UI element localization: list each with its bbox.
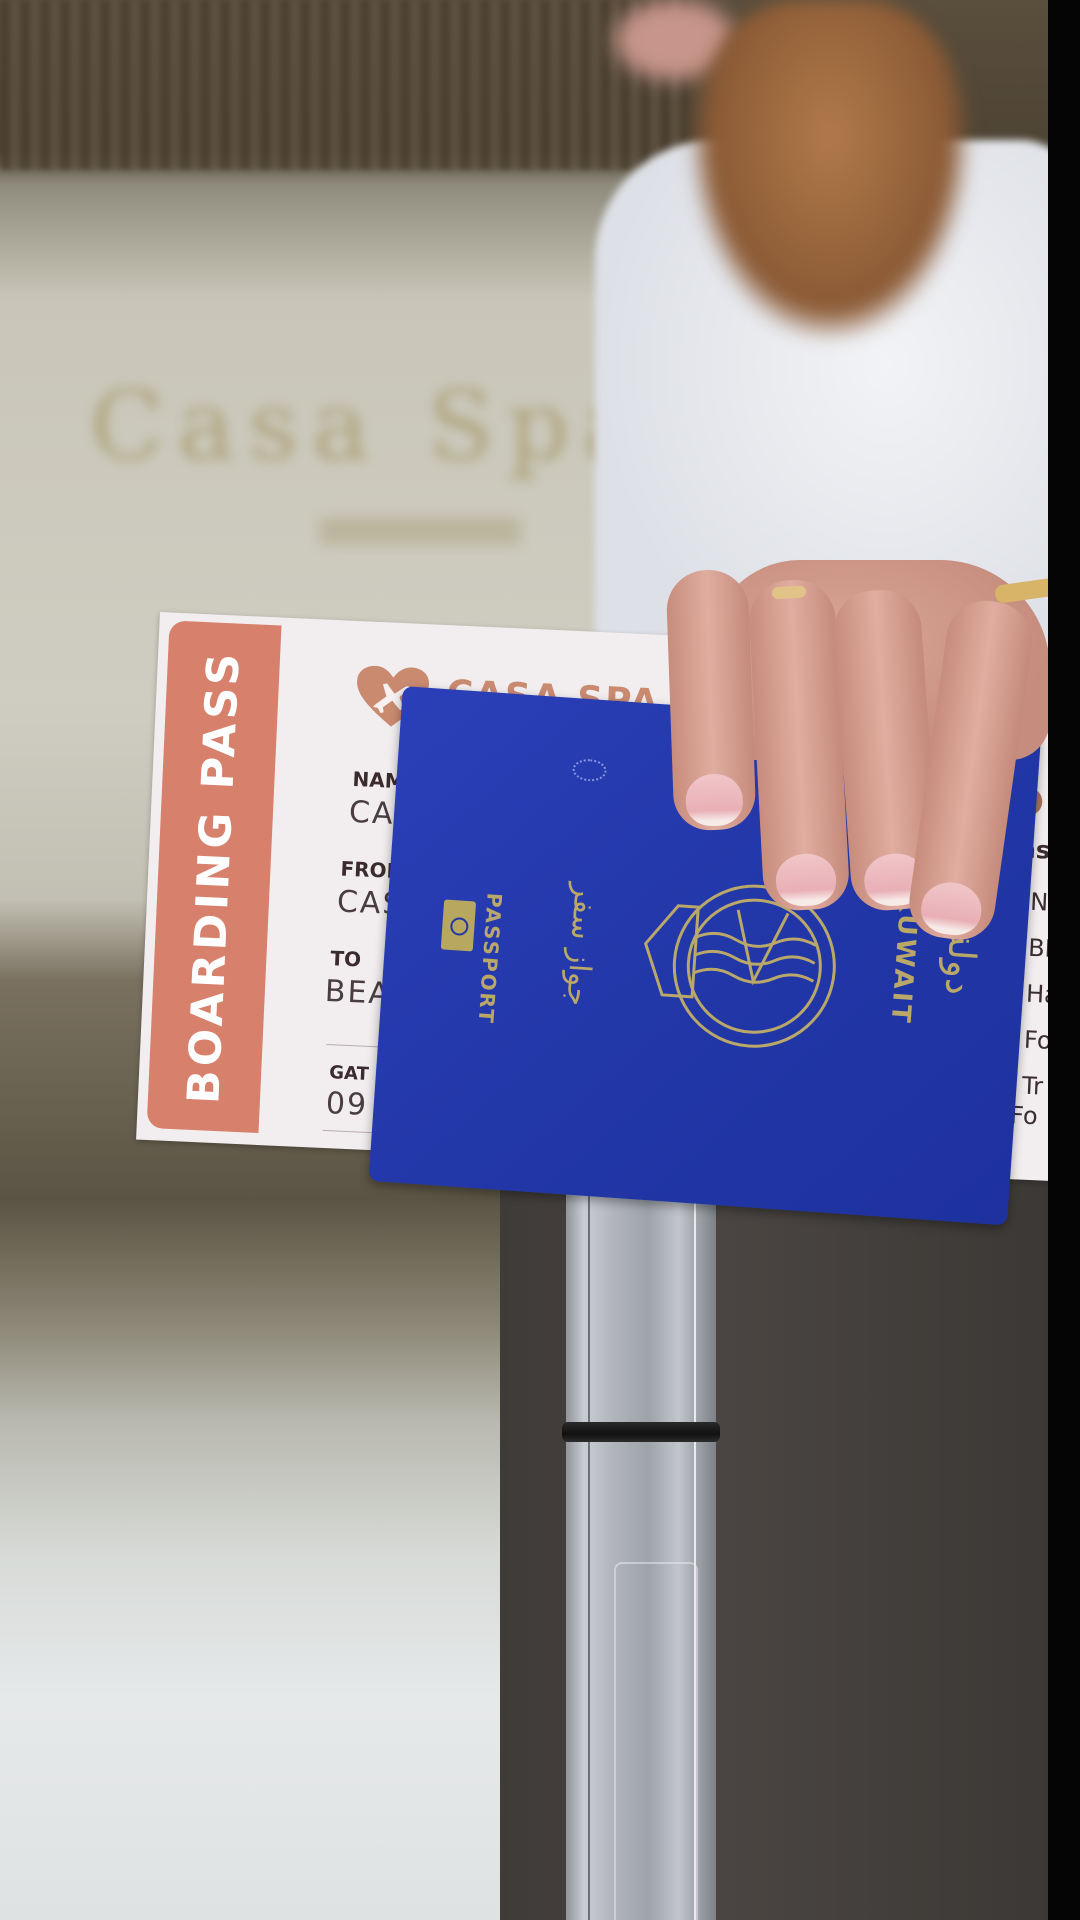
handle-ring xyxy=(562,1422,720,1442)
passport-title-en: PASSPORT xyxy=(474,892,507,1025)
background-sign-subtitle xyxy=(320,518,520,544)
boarding-pass-stub: BOARDING PASS xyxy=(147,620,282,1133)
field-label-gate: GAT xyxy=(329,1062,370,1085)
handle-slot xyxy=(614,1562,698,1920)
letterbox-bar xyxy=(1048,0,1080,1920)
finger xyxy=(665,569,756,832)
fingernail xyxy=(918,879,985,939)
handle-tube xyxy=(566,1180,716,1920)
tube-edge xyxy=(588,1180,590,1920)
field-value-gate: 09 xyxy=(325,1086,369,1123)
fingernail xyxy=(775,852,838,907)
photo-scene: Casa Spa BOARDING PASS CASA SPA AI NAM C… xyxy=(0,0,1080,1920)
field-label-to: TO xyxy=(330,946,362,971)
biometric-chip-icon xyxy=(441,899,476,951)
ring xyxy=(772,585,807,599)
wood-slat-wall xyxy=(0,0,690,170)
hand xyxy=(670,560,1070,950)
hair xyxy=(690,0,970,340)
passport-title-ar: جواز سفر xyxy=(559,882,603,1007)
fingernail xyxy=(685,773,744,827)
cover-scuff xyxy=(572,758,607,782)
luggage-handle xyxy=(566,1180,746,1920)
boarding-pass-label: BOARDING PASS xyxy=(178,649,250,1105)
